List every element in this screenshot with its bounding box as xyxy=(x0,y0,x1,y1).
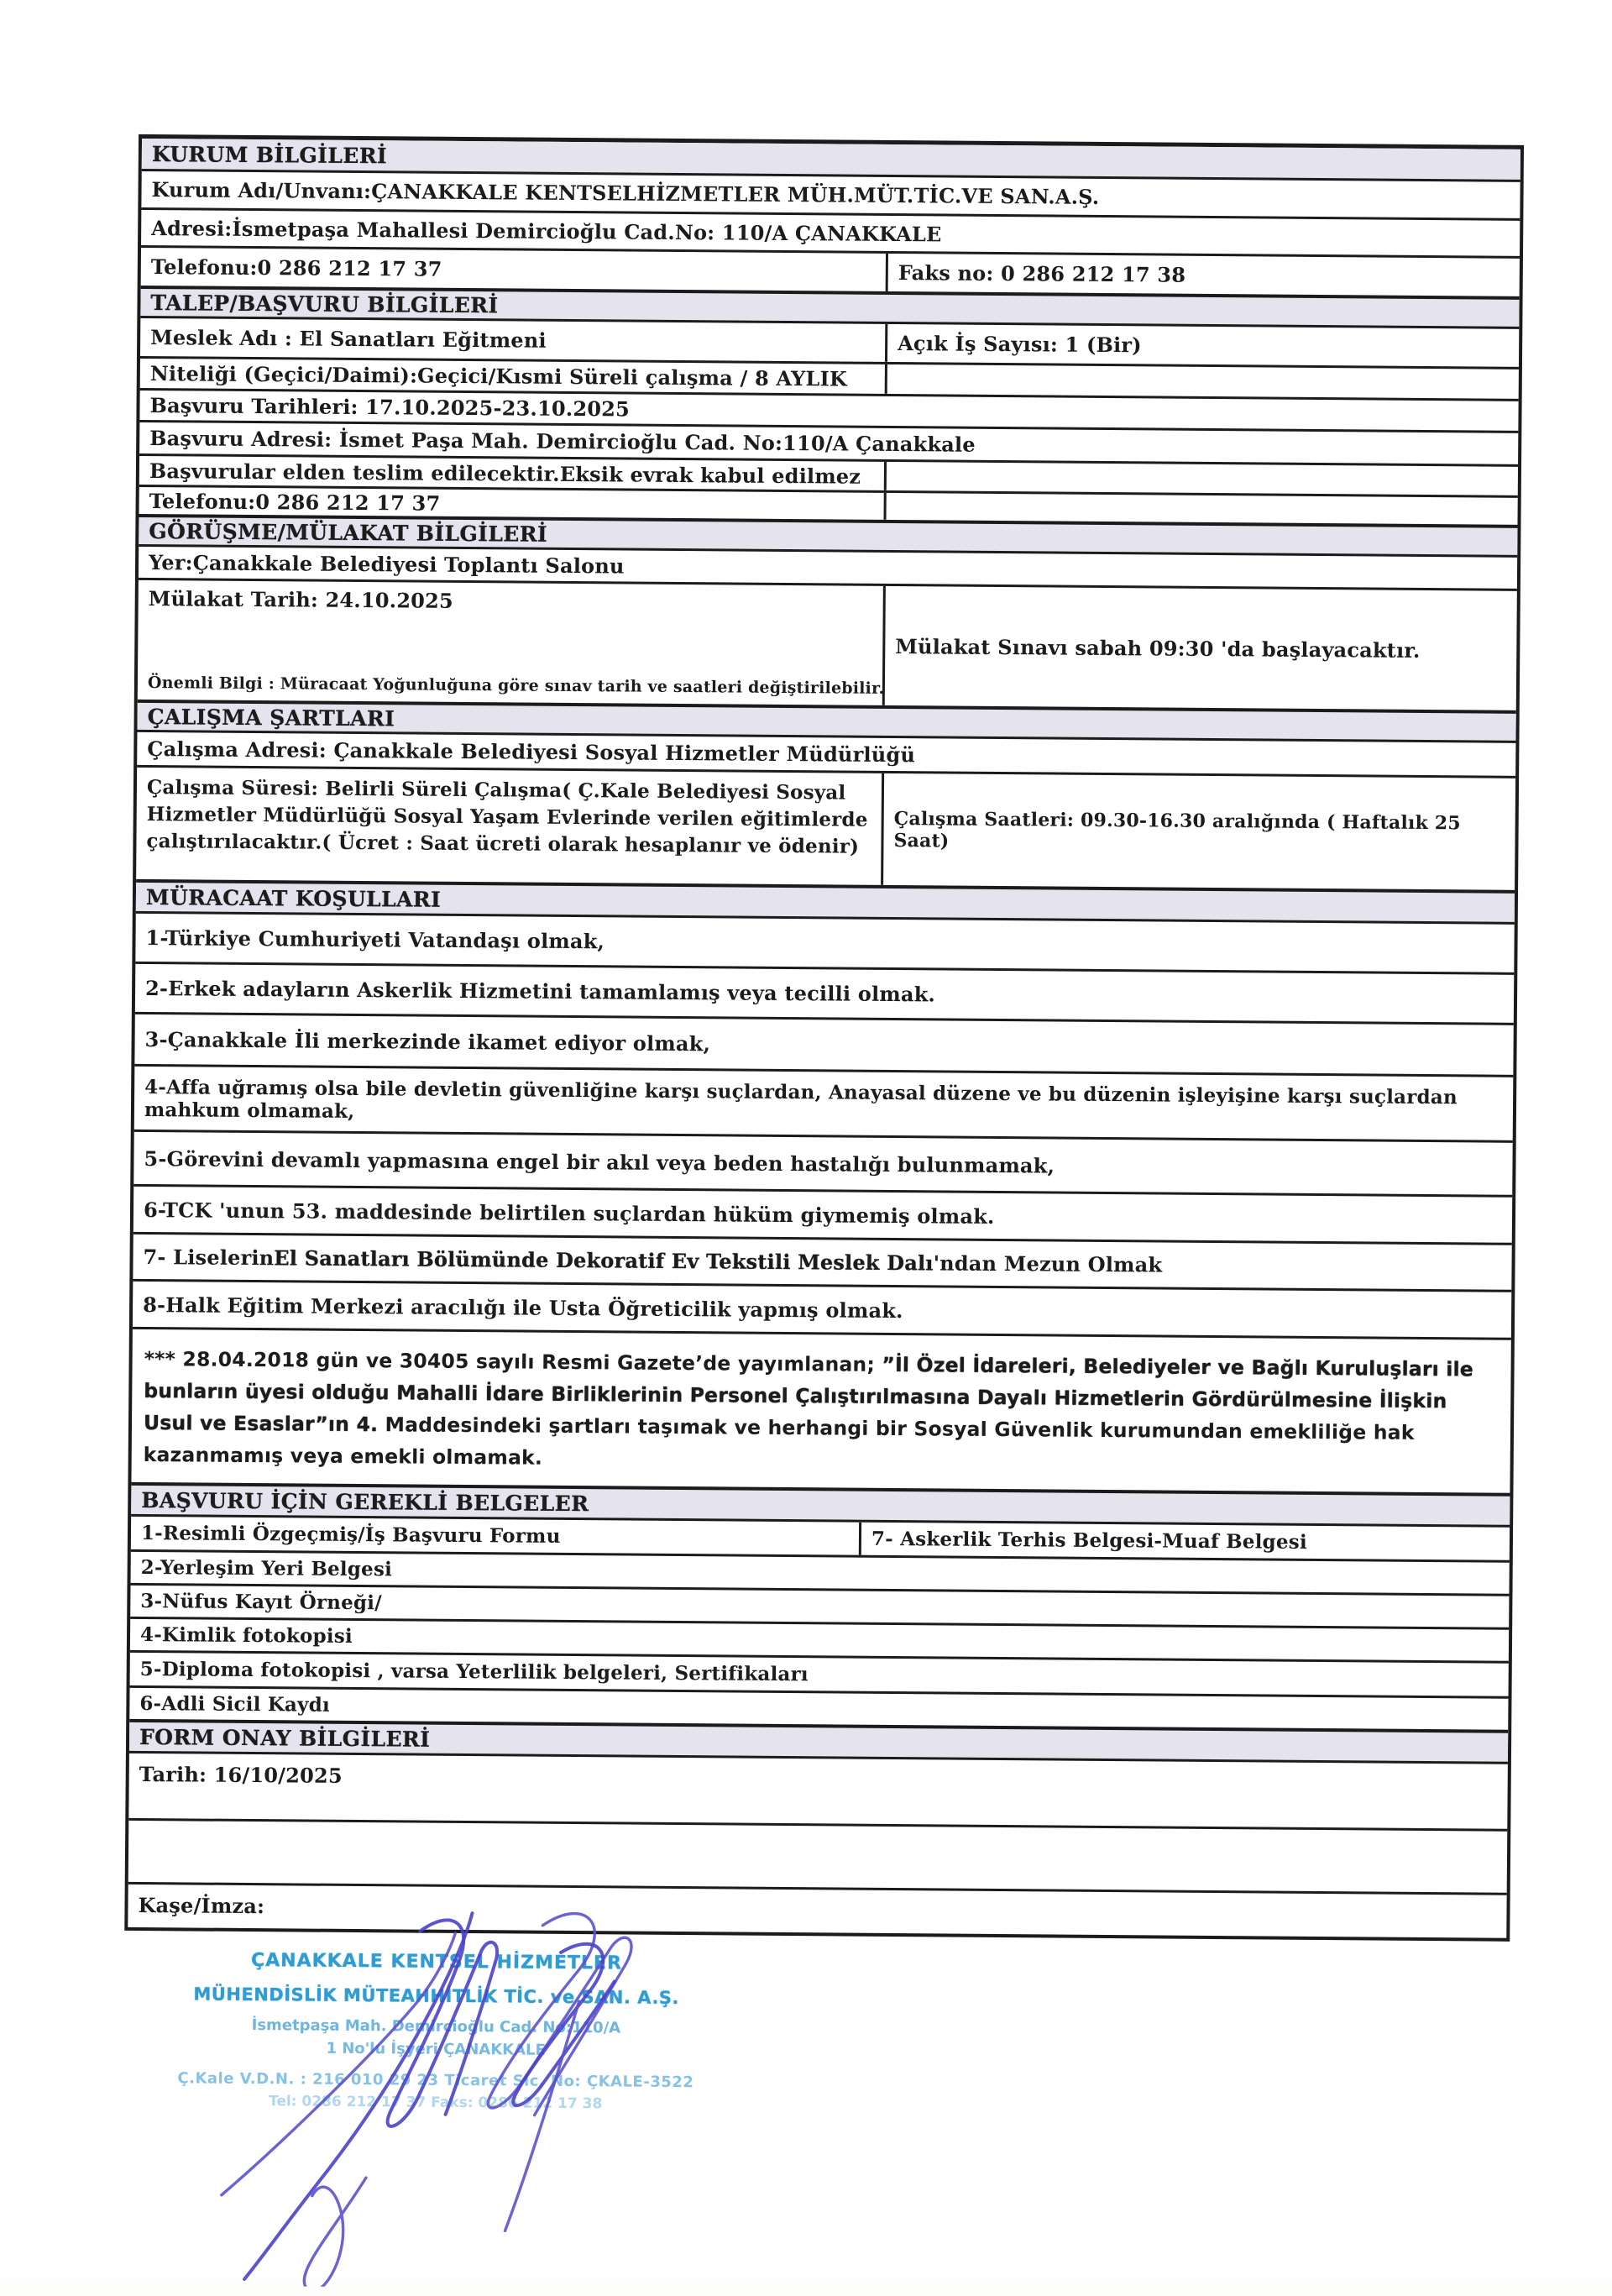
empty-cell xyxy=(884,493,1518,525)
field-meslek-adi: Meslek Adı : El Sanatları Eğitmeni xyxy=(140,318,885,362)
kosul-text: 2-Erkek adayların Askerlik Hizmetini tam… xyxy=(145,976,935,1006)
field-basvuru-teslim: Başvurular elden teslim edilecektir.Eksi… xyxy=(139,456,884,490)
kosul-text: 1-Türkiye Cumhuriyeti Vatandaşı olmak, xyxy=(145,925,604,953)
field-faks: Faks no: 0 286 212 17 38 xyxy=(886,254,1520,296)
stamp-line-tax-registry: Ç.Kale V.D.N. : 216 010 29 23 Ticaret Si… xyxy=(175,2069,696,2091)
field-telefonu: Telefonu:0 286 212 17 37 xyxy=(141,248,886,291)
empty-cell xyxy=(885,364,1519,399)
note-text: *** 28.04.2018 gün ve 30405 sayılı Resmi… xyxy=(144,1347,882,1376)
legal-note: *** 28.04.2018 gün ve 30405 sayılı Resmi… xyxy=(131,1327,1510,1493)
stamp-line-phone: Tel: 0286 212 17 37 Faks: 0286 212 17 38 xyxy=(175,2092,696,2113)
field-belge-7: 7- Askerlik Terhis Belgesi-Muaf Belgesi xyxy=(859,1523,1510,1560)
kosul-text: 7- Liselerin xyxy=(143,1245,274,1270)
stamp-line-address-1: İsmetpaşa Mah. Demircioğlu Cad. No:110/A xyxy=(175,2016,696,2037)
row-calisma: Çalışma Süresi: Belirli Süreli Çalışma( … xyxy=(136,765,1515,890)
field-mulakat-sinavi: Mülakat Sınavı sabah 09:30 'da başlayaca… xyxy=(882,586,1517,710)
kosul-text: 6-TCK 'unun 53. maddesinde belirtilen su… xyxy=(144,1198,995,1229)
empty-cell xyxy=(884,462,1518,495)
field-niteligi: Niteliği (Geçici/Daimi):Geçici/Kısmi Sür… xyxy=(140,359,885,394)
field-calisma-saatleri: Çalışma Saatleri: 09.30-16.30 aralığında… xyxy=(881,773,1515,890)
cell-mulakat-left: Mülakat Tarih: 24.10.2025 Önemli Bilgi :… xyxy=(138,580,883,705)
scanned-page: KURUM BİLGİLERİ Kurum Adı/Unvanı:ÇANAKKA… xyxy=(0,0,1612,2280)
stamp-line-company-1: ÇANAKKALE KENTSEL HİZMETLER xyxy=(176,1949,697,1974)
kosul-text: 'ndan Mezun Olmak xyxy=(934,1250,1163,1276)
form-table: KURUM BİLGİLERİ Kurum Adı/Unvanı:ÇANAKKA… xyxy=(124,134,1524,1942)
field-kase-imza: Kaşe/İmza: xyxy=(128,1882,1506,1938)
field-belge-1: 1-Resimli Özgeçmiş/İş Başvuru Formu xyxy=(131,1517,859,1555)
field-tarih: Tarih: 16/10/2025 xyxy=(128,1751,1508,1829)
field-onemli-bilgi: Önemli Bilgi : Müracaat Yoğunluğuna göre… xyxy=(148,674,885,698)
company-stamp: ÇANAKKALE KENTSEL HİZMETLER MÜHENDİSLİK … xyxy=(175,1949,697,2113)
stamp-line-company-2: MÜHENDİSLİK MÜTEAHHİTLİK TİC. ve SAN. A.… xyxy=(176,1984,697,2008)
job-posting-form: KURUM BİLGİLERİ Kurum Adı/Unvanı:ÇANAKKA… xyxy=(123,134,1524,2120)
kosul-text-bold: El Sanatları Bölümünde Dekoratif Ev Teks… xyxy=(274,1245,934,1275)
field-acik-is-sayisi: Açık İş Sayısı: 1 (Bir) xyxy=(885,324,1519,367)
field-mulakat-tarih: Mülakat Tarih: 24.10.2025 xyxy=(149,586,453,613)
kosul-text: 8-Halk Eğitim Merkezi aracılığı ile Usta… xyxy=(143,1292,903,1323)
kosul-text: 5-Görevini devamlı yapmasına engel bir a… xyxy=(144,1146,1055,1178)
stamp-line-address-2: 1 No'lu İşyeri ÇANAKKALE xyxy=(175,2038,696,2060)
kosul-text: 3-Çanakkale İli merkezinde ikamet ediyor… xyxy=(145,1027,711,1056)
row-mulakat: Mülakat Tarih: 24.10.2025 Önemli Bilgi :… xyxy=(138,578,1517,710)
field-calisma-suresi: Çalışma Süresi: Belirli Süreli Çalışma( … xyxy=(136,768,882,885)
empty-row xyxy=(128,1818,1508,1893)
kosul-text: 4-Affa uğramış olsa bile devletin güvenl… xyxy=(144,1076,1503,1132)
kosul-row-4: 4-Affa uğramış olsa bile devletin güvenl… xyxy=(134,1064,1514,1140)
